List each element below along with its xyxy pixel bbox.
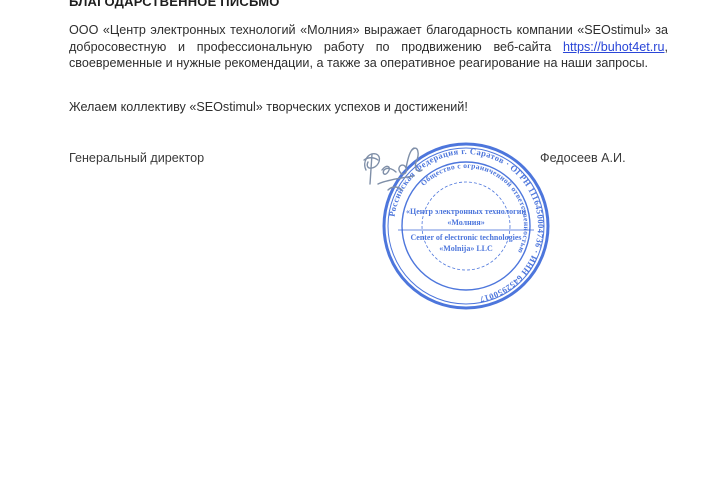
letter-title: БЛАГОДАРСТВЕННОЕ ПИСЬМО bbox=[69, 0, 280, 9]
stamp-center-line2: «Молния» bbox=[447, 218, 484, 227]
letter-page: БЛАГОДАРСТВЕННОЕ ПИСЬМО ООО «Центр элект… bbox=[0, 0, 720, 480]
handwritten-signature-icon bbox=[358, 140, 438, 210]
website-link[interactable]: https://buhot4et.ru bbox=[563, 40, 665, 54]
signatory-role: Генеральный директор bbox=[69, 151, 204, 165]
letter-paragraph-wishes: Желаем коллективу «SEOstimul» творческих… bbox=[69, 99, 668, 116]
letter-paragraph-gratitude: ООО «Центр электронных технологий «Молни… bbox=[69, 22, 668, 72]
stamp-center-line4: «Molnija» LLC bbox=[439, 244, 493, 253]
stamp-center-line3: Center of electronic technologies bbox=[410, 233, 521, 242]
signatory-name: Федосеев А.И. bbox=[540, 151, 626, 165]
